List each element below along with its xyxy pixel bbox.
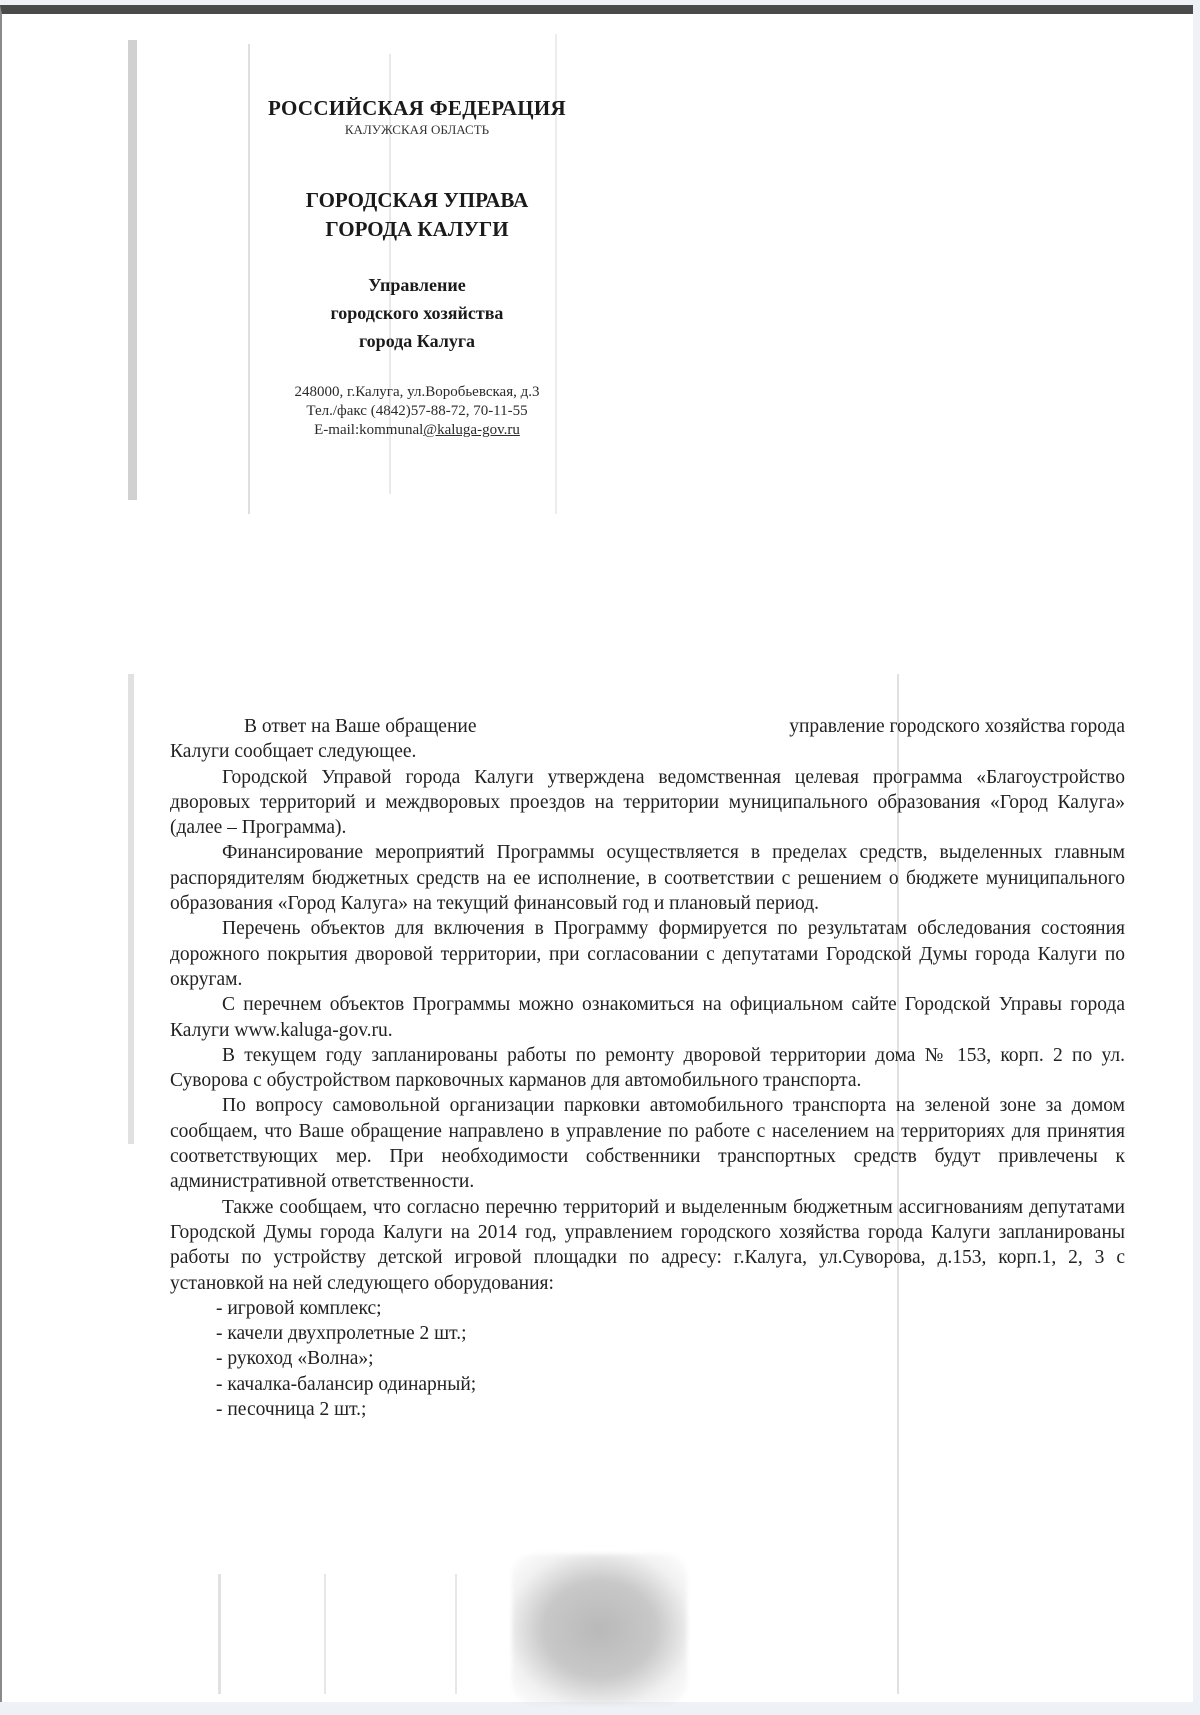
postal-address: 248000, г.Калуга, ул.Воробьевская, д.3 [212,383,622,402]
letterhead-organization: ГОРОДСКАЯ УПРАВА ГОРОДА КАЛУГИ [212,186,622,244]
dept-line-1: Управление [212,271,622,299]
redaction-smudge [512,1554,687,1704]
letterhead-department: Управление городского хозяйства города К… [212,271,622,355]
scan-artifact-line [128,674,134,1144]
equipment-item: - качели двухпролетные 2 шт.; [170,1321,1125,1346]
scanned-letter-page: РОССИЙСКАЯ ФЕДЕРАЦИЯ КАЛУЖСКАЯ ОБЛАСТЬ Г… [0,5,1193,1702]
intro-right: управление городского хозяйства города [789,714,1125,739]
phone-fax: Тел./факс (4842)57-88-72, 70-11-55 [212,402,622,421]
scan-artifact-line [218,1574,221,1694]
paragraph-program: Городской Управой города Калуги утвержде… [170,765,1125,841]
equipment-item: - песочница 2 шт.; [170,1397,1125,1422]
letter-body: В ответ на Ваше обращение управление гор… [170,714,1125,1422]
intro-line: В ответ на Ваше обращение управление гор… [170,714,1125,739]
org-line-2: ГОРОДА КАЛУГИ [212,215,622,244]
scan-artifact-line [128,40,137,500]
letterhead-region: КАЛУЖСКАЯ ОБЛАСТЬ [212,122,622,138]
equipment-list: - игровой комплекс; - качели двухпролетн… [170,1296,1125,1422]
paragraph-playground: Также сообщаем, что согласно перечню тер… [170,1195,1125,1296]
paragraph-parking: По вопросу самовольной организации парко… [170,1093,1125,1194]
letterhead: РОССИЙСКАЯ ФЕДЕРАЦИЯ КАЛУЖСКАЯ ОБЛАСТЬ Г… [172,96,622,440]
email-prefix: E-mail:kommunal [314,422,423,438]
paragraph-website: С перечнем объектов Программы можно озна… [170,992,1125,1043]
scan-artifact-line [324,1574,326,1694]
paragraph-current-works: В текущем году запланированы работы по р… [170,1043,1125,1094]
org-line-1: ГОРОДСКАЯ УПРАВА [212,186,622,215]
scan-artifact-line [455,1574,457,1694]
paragraph-financing: Финансирование мероприятий Программы осу… [170,840,1125,916]
letterhead-contacts: 248000, г.Калуга, ул.Воробьевская, д.3 Т… [212,383,622,440]
equipment-item: - рукоход «Волна»; [170,1346,1125,1371]
intro-continuation: Калуги сообщает следующее. [170,739,1125,764]
equipment-item: - качалка-балансир одинарный; [170,1372,1125,1397]
paragraph-object-list: Перечень объектов для включения в Програ… [170,916,1125,992]
equipment-item: - игровой комплекс; [170,1296,1125,1321]
email-domain: @kaluga-gov.ru [423,422,520,438]
intro-left: В ответ на Ваше обращение [244,714,477,739]
email-line: E-mail:kommunal@kaluga-gov.ru [212,421,622,440]
letterhead-country: РОССИЙСКАЯ ФЕДЕРАЦИЯ [212,96,622,121]
dept-line-3: города Калуга [212,327,622,355]
dept-line-2: городского хозяйства [212,299,622,327]
